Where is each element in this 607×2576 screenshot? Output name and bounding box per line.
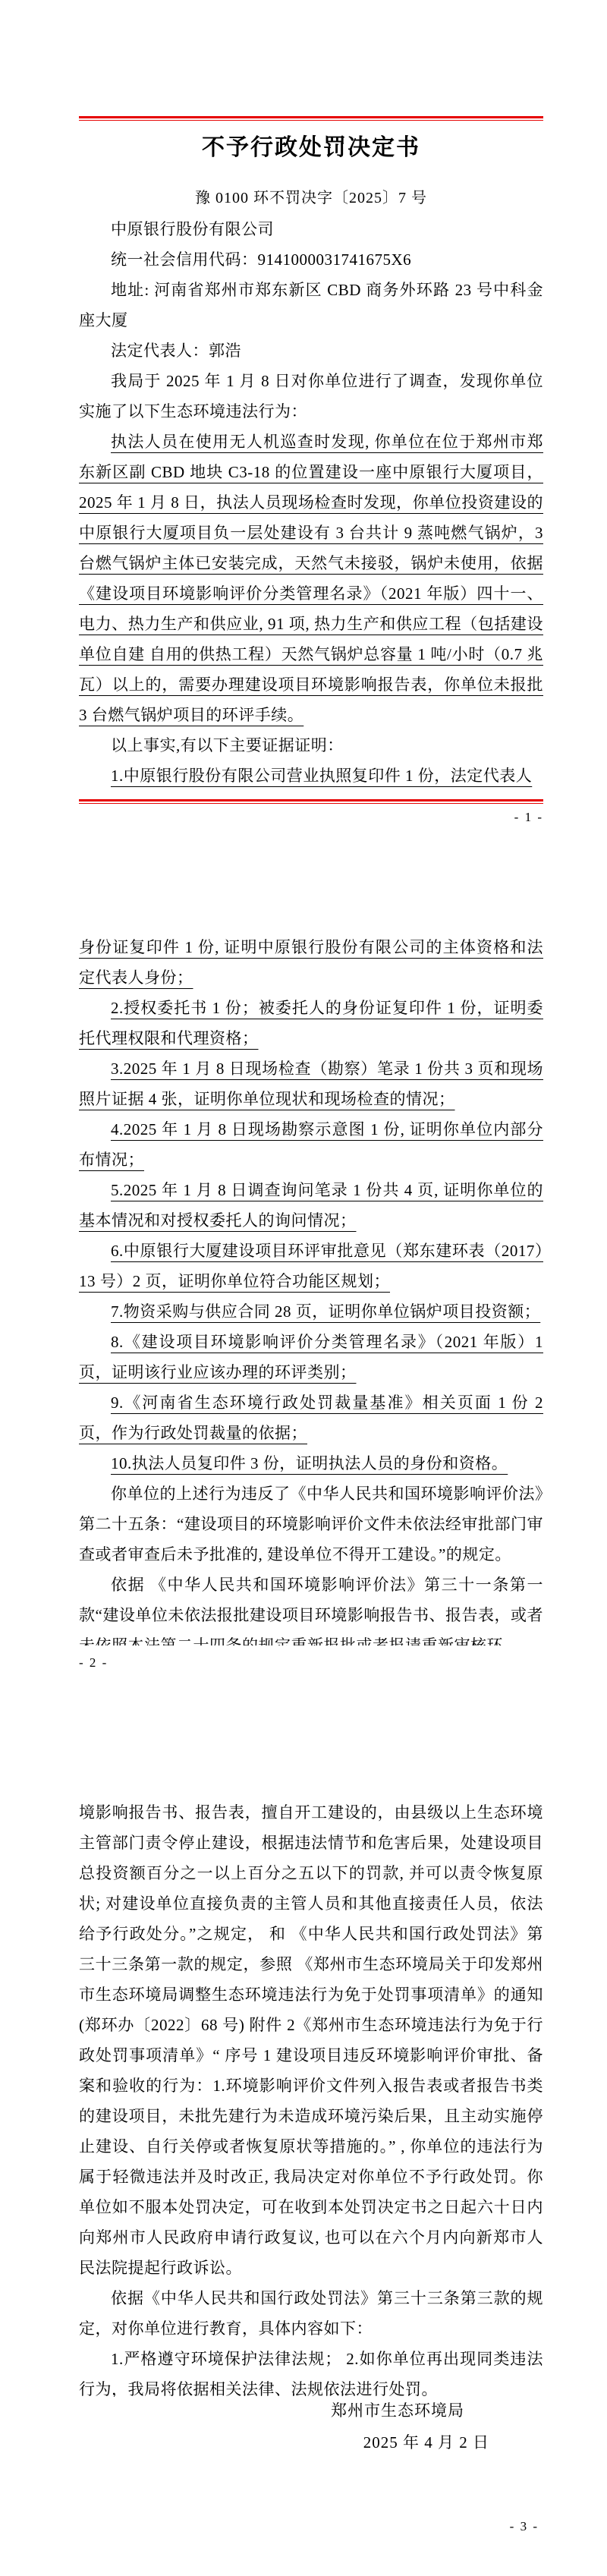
recipient-address: 地址: 河南省郑州市郑东新区 CBD 商务外环路 23 号中科金座大厦 [79, 275, 543, 335]
page-number-3: - 3 - [510, 2518, 539, 2535]
page-number-1: - 1 - [79, 809, 543, 826]
evidence-item-8: 8.《建设项目环境影响评价分类管理名录》（2021 年版）1 页，证明该行业应该… [79, 1327, 543, 1387]
document-title: 不予行政处罚决定书 [79, 134, 543, 162]
evidence-item-9: 9.《河南省生态环境行政处罚裁量基准》相关页面 1 份 2 页，作为行政处罚裁量… [79, 1387, 543, 1448]
violated-law-clause: 你单位的上述行为违反了《中华人民共和国环境影响评价法》第二十五条：“建设项目的环… [79, 1479, 543, 1570]
investigation-intro: 我局于 2025 年 1 月 8 日对你单位进行了调查，发现你单位实施了以下生态… [79, 366, 543, 427]
evidence-item-2: 2.授权委托书 1 份；被委托人的身份证复印件 1 份，证明委托代理权限和代理资… [79, 993, 543, 1053]
evidence-item-5: 5.2025 年 1 月 8 日调查询问笔录 1 份共 4 页, 证明你单位的基… [79, 1175, 543, 1236]
evidence-item-1-start: 1.中原银行股份有限公司营业执照复印件 1 份，法定代表人 [79, 761, 543, 791]
education-basis: 依据《中华人民共和国行政处罚法》第三十三条第三款的规定，对你单位进行教育，具体内… [79, 2283, 543, 2344]
red-footer-rule [79, 799, 543, 804]
page-number-2: - 2 - [79, 1655, 108, 1671]
evidence-item-10: 10.执法人员复印件 3 份，证明执法人员的身份和资格。 [79, 1448, 543, 1479]
recipient-name: 中原银行股份有限公司 [79, 214, 543, 244]
recipient-credit-code: 统一社会信用代码：9141000031741675X6 [79, 244, 543, 275]
penalty-basis-continuation: 境影响报告书、报告表，擅自开工建设的，由县级以上生态环境主管部门责令停止建设，根… [79, 1797, 543, 2283]
penalty-basis-start: 依据 《中华人民共和国环境影响评价法》第三十一条第一款“建设单位未依法报批建设项… [79, 1570, 543, 1645]
red-rule-thin [79, 120, 543, 121]
evidence-item-1-continuation: 身份证复印件 1 份, 证明中原银行股份有限公司的主体资格和法定代表人身份； [79, 932, 543, 993]
red-rule-thick [79, 116, 543, 118]
page2-body: 身份证复印件 1 份, 证明中原银行股份有限公司的主体资格和法定代表人身份； 2… [79, 932, 543, 1645]
red-header-rule [79, 116, 543, 121]
evidence-item-4: 4.2025 年 1 月 8 日现场勘察示意图 1 份, 证明你单位内部分布情况… [79, 1114, 543, 1175]
document-page-view: 不予行政处罚决定书 豫 0100 环不罚决字〔2025〕7 号 中原银行股份有限… [0, 0, 607, 2576]
violation-facts: 执法人员在使用无人机巡查时发现, 你单位在位于郑州市郑东新区副 CBD 地块 C… [79, 427, 543, 730]
page3-body: 境影响报告书、报告表，擅自开工建设的，由县级以上生态环境主管部门责令停止建设，根… [79, 1797, 543, 2397]
evidence-intro: 以上事实,有以下主要证据证明： [79, 730, 543, 761]
red-rule-thin [79, 803, 543, 804]
issuing-authority: 郑州市生态环境局 [331, 2398, 464, 2423]
page1-body: 中原银行股份有限公司 统一社会信用代码：9141000031741675X6 地… [79, 214, 543, 797]
issue-date: 2025 年 4 月 2 日 [363, 2430, 489, 2455]
evidence-item-7: 7.物资采购与供应合同 28 页，证明你单位锅炉项目投资额； [79, 1296, 543, 1327]
document-number: 豫 0100 环不罚决字〔2025〕7 号 [79, 187, 543, 209]
recipient-legal-representative: 法定代表人：郭浩 [79, 335, 543, 366]
evidence-item-3: 3.2025 年 1 月 8 日现场检查（勘察）笔录 1 份共 3 页和现场照片… [79, 1053, 543, 1114]
red-rule-thick [79, 799, 543, 801]
education-items: 1.严格遵守环境保护法律法规； 2.如你单位再出现同类违法行为，我局将依据相关法… [79, 2344, 543, 2397]
evidence-item-6: 6.中原银行大厦建设项目环评审批意见（郑东建环表（2017）13 号）2 页，证… [79, 1236, 543, 1296]
